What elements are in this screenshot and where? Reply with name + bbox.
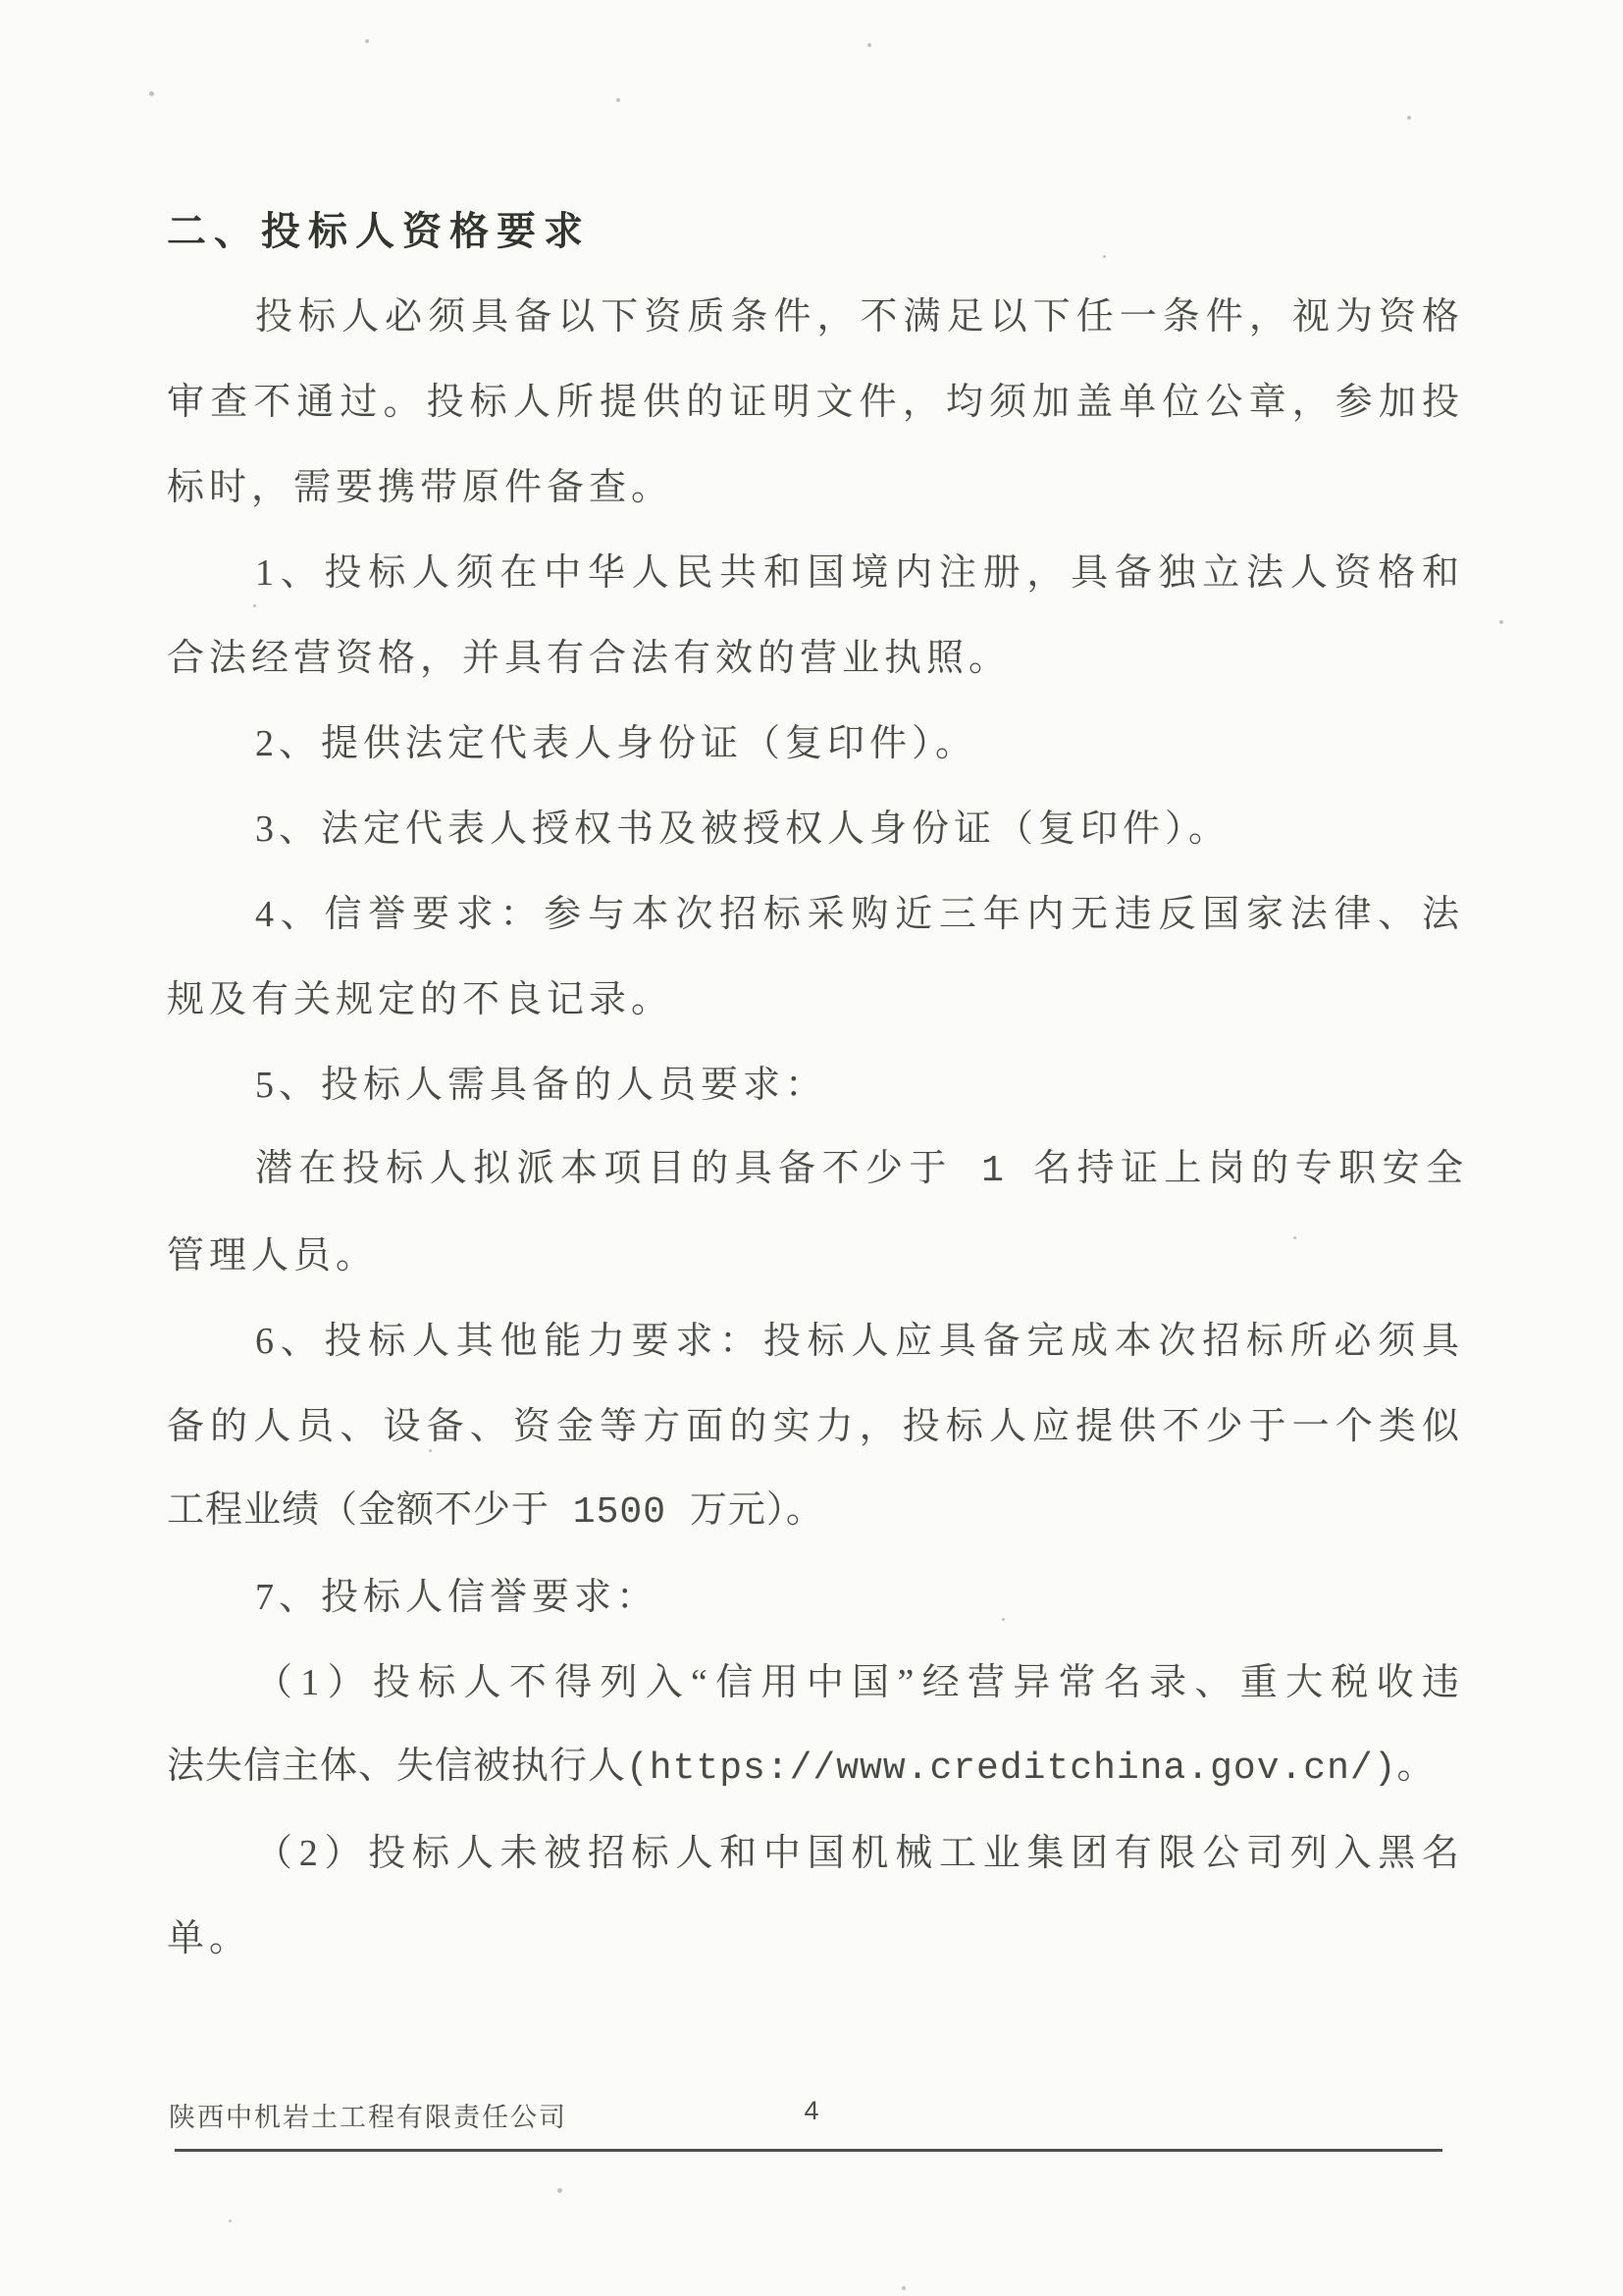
document-page: 二、投标人资格要求投标人必须具备以下资质条件，不满足以下任一条件，视为资格审查不… xyxy=(0,0,1623,2296)
text-line: 2、提供法定代表人身份证（复印件）。 xyxy=(167,702,1464,787)
scan-speck xyxy=(557,2188,562,2193)
scan-speck xyxy=(1293,1236,1296,1239)
text-line: （2）投标人未被招标人和中国机械工业集团有限公司列入黑名 xyxy=(167,1811,1464,1897)
text-line: 规及有关规定的不良记录。 xyxy=(167,958,1464,1043)
text-line: 5、投标人需具备的人员要求： xyxy=(167,1043,1464,1128)
text-line: 4、信誉要求：参与本次招标采购近三年内无违反国家法律、法 xyxy=(167,872,1464,958)
text-line: 单。 xyxy=(167,1897,1464,1982)
scan-speck xyxy=(616,98,620,102)
document-body: 二、投标人资格要求投标人必须具备以下资质条件，不满足以下任一条件，视为资格审查不… xyxy=(167,189,1464,1982)
scan-speck xyxy=(867,43,871,47)
text-line: 1、投标人须在中华人民共和国境内注册，具备独立法人资格和 xyxy=(167,531,1464,616)
text-line: 3、法定代表人授权书及被授权人身份证（复印件）。 xyxy=(167,787,1464,872)
scan-speck xyxy=(253,604,256,607)
text-line: 工程业绩（金额不少于 1500 万元）。 xyxy=(167,1470,1464,1555)
text-line: 合法经营资格，并具有合法有效的营业执照。 xyxy=(167,616,1464,702)
text-line: 管理人员。 xyxy=(167,1214,1464,1299)
text-line: 潜在投标人拟派本项目的具备不少于 1 名持证上岗的专职安全 xyxy=(167,1128,1464,1214)
scan-speck xyxy=(149,91,154,96)
text-line: 6、投标人其他能力要求：投标人应具备完成本次招标所必须具 xyxy=(167,1299,1464,1384)
scan-speck xyxy=(1002,1618,1005,1621)
text-line: 备的人员、设备、资金等方面的实力，投标人应提供不少于一个类似 xyxy=(167,1384,1464,1470)
text-line: 投标人必须具备以下资质条件，不满足以下任一条件，视为资格 xyxy=(167,275,1464,360)
scan-speck xyxy=(902,2286,906,2290)
text-line: 标时，需要携带原件备查。 xyxy=(167,445,1464,531)
footer-rule xyxy=(175,2149,1442,2152)
scan-speck xyxy=(229,2219,232,2222)
section-heading: 二、投标人资格要求 xyxy=(167,189,1464,275)
scan-speck xyxy=(1407,116,1411,120)
scan-speck xyxy=(365,39,369,43)
text-line: 法失信主体、失信被执行人(https://www.creditchina.gov… xyxy=(167,1726,1464,1811)
scan-speck xyxy=(429,1449,432,1452)
scan-speck xyxy=(1103,255,1106,258)
text-line: （1）投标人不得列入“信用中国”经营异常名录、重大税收违 xyxy=(167,1641,1464,1726)
text-line: 审查不通过。投标人所提供的证明文件，均须加盖单位公章，参加投 xyxy=(167,360,1464,445)
footer-page-number: 4 xyxy=(0,2096,1623,2126)
text-line: 7、投标人信誉要求： xyxy=(167,1555,1464,1641)
scan-speck xyxy=(1499,620,1503,624)
scan-speck xyxy=(1348,1852,1351,1854)
